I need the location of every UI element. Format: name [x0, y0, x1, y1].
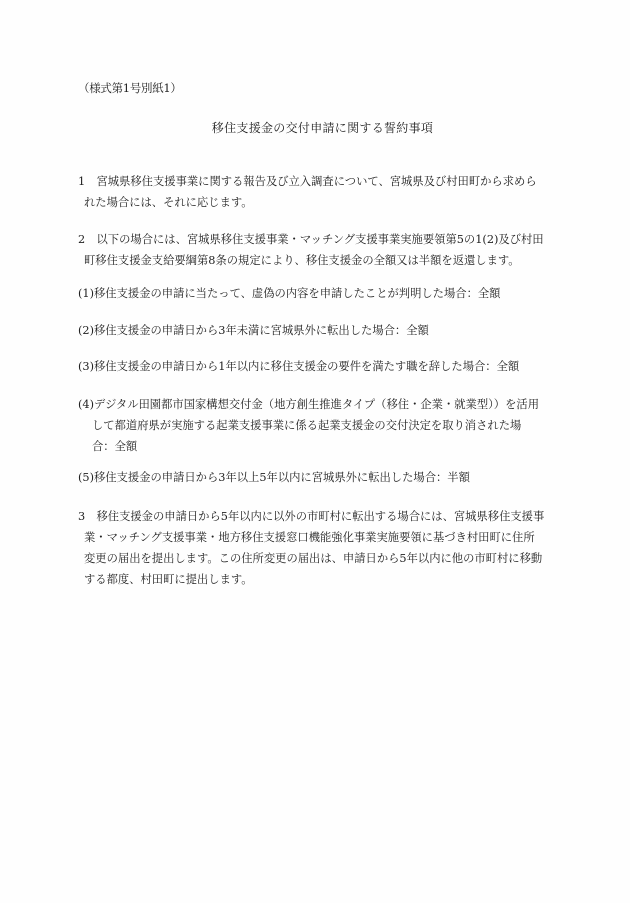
pledge-item-2-line-2: 町移住支援金支給要綱第8条の規定により、移住支援金の全額又は半額を返還します。 [78, 250, 558, 271]
refund-condition-4: (4)デジタル田園都市国家構想交付金（地方創生推進タイプ（移住・企業・就業型））… [78, 394, 558, 457]
pledge-item-3-line-3: 変更の届出を提出します。この住所変更の届出は、申請日から5年以内に他の市町村に移… [78, 548, 558, 569]
refund-condition-3-line-1: (3)移住支援金の申請日から1年以内に移住支援金の要件を満たす職を辞した場合：全… [78, 356, 558, 377]
refund-condition-3: (3)移住支援金の申請日から1年以内に移住支援金の要件を満たす職を辞した場合：全… [78, 356, 558, 377]
refund-condition-5: (5)移住支援金の申請日から3年以上5年以内に宮城県外に転出した場合：半額 [78, 467, 558, 488]
pledge-item-2: 2 以下の場合には、宮城県移住支援事業・マッチング支援事業実施要領第5の1(2)… [78, 229, 558, 271]
refund-condition-1-line-1: (1)移住支援金の申請に当たって、虚偽の内容を申請したことが判明した場合：全額 [78, 283, 558, 304]
refund-condition-5-line-1: (5)移住支援金の申請日から3年以上5年以内に宮城県外に転出した場合：半額 [78, 467, 558, 488]
pledge-item-1-line-2: れた場合には、それに応じます。 [78, 192, 558, 213]
pledge-item-3-line-1: 3 移住支援金の申請日から5年以内に以外の市町村に転出する場合には、宮城県移住支… [78, 506, 558, 527]
form-number-label: （様式第1号別紙1） [78, 80, 182, 96]
refund-condition-4-line-3: 合：全額 [78, 436, 558, 457]
pledge-item-3: 3 移住支援金の申請日から5年以内に以外の市町村に転出する場合には、宮城県移住支… [78, 506, 558, 590]
pledge-item-1-line-1: 1 宮城県移住支援事業に関する報告及び立入調査について、宮城県及び村田町から求め… [78, 171, 558, 192]
pledge-item-2-line-1: 2 以下の場合には、宮城県移住支援事業・マッチング支援事業実施要領第5の1(2)… [78, 229, 558, 250]
refund-condition-1: (1)移住支援金の申請に当たって、虚偽の内容を申請したことが判明した場合：全額 [78, 283, 558, 304]
refund-condition-2: (2)移住支援金の申請日から3年未満に宮城県外に転出した場合：全額 [78, 320, 558, 341]
refund-condition-2-line-1: (2)移住支援金の申請日から3年未満に宮城県外に転出した場合：全額 [78, 320, 558, 341]
pledge-item-1: 1 宮城県移住支援事業に関する報告及び立入調査について、宮城県及び村田町から求め… [78, 171, 558, 213]
pledge-item-3-line-4: する都度、村田町に提出します。 [78, 569, 558, 590]
refund-condition-4-line-2: して都道府県が実施する起業支援事業に係る起業支援金の交付決定を取り消された場 [78, 415, 558, 436]
pledge-item-3-line-2: 業・マッチング支援事業・地方移住支援窓口機能強化事業実施要領に基づき村田町に住所 [78, 527, 558, 548]
page-title: 移住支援金の交付申請に関する誓約事項 [0, 119, 630, 136]
document-page: （様式第1号別紙1） 移住支援金の交付申請に関する誓約事項 1 宮城県移住支援事… [0, 0, 630, 903]
refund-condition-4-line-1: (4)デジタル田園都市国家構想交付金（地方創生推進タイプ（移住・企業・就業型））… [78, 394, 558, 415]
